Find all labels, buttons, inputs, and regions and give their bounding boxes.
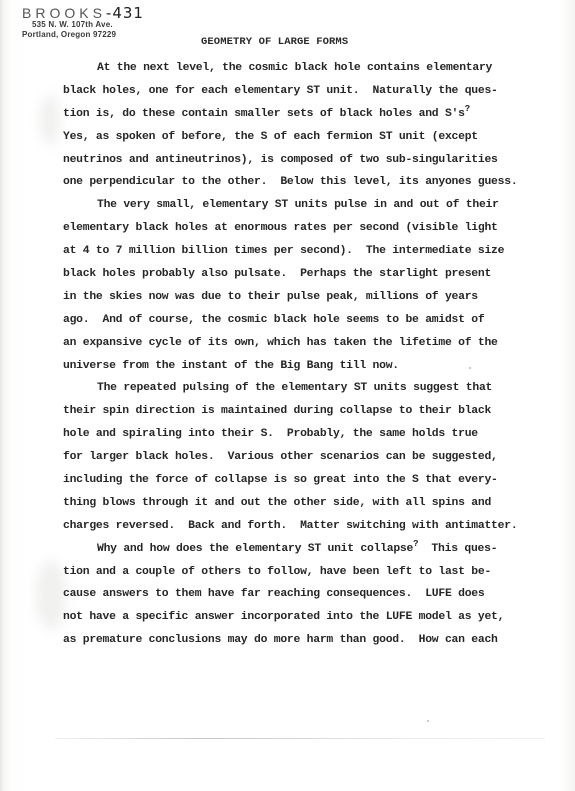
text-line-content: elementary black holes at enormous rates… bbox=[63, 222, 498, 234]
text-line: as premature conclusions may do more har… bbox=[63, 629, 533, 652]
text-line: elementary black holes at enormous rates… bbox=[63, 217, 533, 240]
text-line-content: Why and how does the elementary ST unit … bbox=[97, 543, 413, 555]
text-line: their spin direction is maintained durin… bbox=[63, 400, 533, 423]
text-line-content: Yes, as spoken of before, the S of each … bbox=[63, 131, 478, 143]
text-line-content: as premature conclusions may do more har… bbox=[63, 634, 498, 646]
text-line-content: thing blows through it and out the other… bbox=[63, 497, 491, 509]
text-line-content: The repeated pulsing of the elementary S… bbox=[97, 382, 492, 394]
text-line-content: in the skies now was due to their pulse … bbox=[63, 291, 478, 303]
document-title: GEOMETRY OF LARGE FORMS bbox=[201, 36, 348, 48]
text-line: in the skies now was due to their pulse … bbox=[63, 286, 533, 309]
stamp-name-line: BROOKS-431 bbox=[22, 6, 144, 20]
text-line-content: tion is, do these contain smaller sets o… bbox=[63, 108, 465, 120]
stamp-name: BROOKS bbox=[22, 5, 106, 21]
text-line: tion and a couple of others to follow, h… bbox=[63, 561, 533, 584]
paper-smudge bbox=[40, 95, 60, 145]
text-line: black holes probably also pulsate. Perha… bbox=[63, 263, 533, 286]
text-line-continuation: This ques- bbox=[418, 543, 497, 555]
text-line: tion is, do these contain smaller sets o… bbox=[63, 103, 533, 126]
document-body: At the next level, the cosmic black hole… bbox=[63, 57, 533, 652]
text-line-content: charges reversed. Back and forth. Matter… bbox=[63, 520, 517, 532]
text-line: ago. And of course, the cosmic black hol… bbox=[63, 309, 533, 332]
text-line: The repeated pulsing of the elementary S… bbox=[63, 377, 533, 400]
text-line: black holes, one for each elementary ST … bbox=[63, 80, 533, 103]
paper-smudge bbox=[36, 560, 66, 630]
text-line: one perpendicular to the other. Below th… bbox=[63, 171, 533, 194]
text-line-content: ago. And of course, the cosmic black hol… bbox=[63, 314, 484, 326]
text-line: Yes, as spoken of before, the S of each … bbox=[63, 126, 533, 149]
text-line-content: one perpendicular to the other. Below th… bbox=[63, 176, 517, 188]
text-line-content: black holes probably also pulsate. Perha… bbox=[63, 268, 491, 280]
text-line-content: tion and a couple of others to follow, h… bbox=[63, 566, 491, 578]
text-line: hole and spiraling into their S. Probabl… bbox=[63, 423, 533, 446]
text-line-content: their spin direction is maintained durin… bbox=[63, 405, 491, 417]
text-line-content: universe from the instant of the Big Ban… bbox=[63, 360, 399, 372]
text-line: neutrinos and antineutrinos), is compose… bbox=[63, 149, 533, 172]
text-line-content: neutrinos and antineutrinos), is compose… bbox=[63, 154, 498, 166]
text-line-content: not have a specific answer incorporated … bbox=[63, 611, 504, 623]
text-line-content: an expansive cycle of its own, which has… bbox=[63, 337, 498, 349]
text-line-content: for larger black holes. Various other sc… bbox=[63, 451, 498, 463]
text-line-content: cause answers to them have far reaching … bbox=[63, 588, 484, 600]
text-line: Why and how does the elementary ST unit … bbox=[63, 538, 533, 561]
text-line: universe from the instant of the Big Ban… bbox=[63, 355, 533, 378]
handwritten-question-mark: ? bbox=[465, 104, 470, 114]
text-line: thing blows through it and out the other… bbox=[63, 492, 533, 515]
text-line: including the force of collapse is so gr… bbox=[63, 469, 533, 492]
text-line: At the next level, the cosmic black hole… bbox=[63, 57, 533, 80]
text-line: charges reversed. Back and forth. Matter… bbox=[63, 515, 533, 538]
text-line-content: The very small, elementary ST units puls… bbox=[97, 199, 499, 211]
text-line-content: black holes, one for each elementary ST … bbox=[63, 85, 498, 97]
text-line: cause answers to them have far reaching … bbox=[63, 583, 533, 606]
handwritten-question-mark: ? bbox=[413, 539, 418, 549]
text-line: The very small, elementary ST units puls… bbox=[63, 194, 533, 217]
text-line: an expansive cycle of its own, which has… bbox=[63, 332, 533, 355]
document-page: BROOKS-431 535 N. W. 107th Ave. Portland… bbox=[0, 0, 575, 791]
paper-speck bbox=[469, 367, 471, 369]
text-line: for larger black holes. Various other sc… bbox=[63, 446, 533, 469]
stamp-address-line2: Portland, Oregon 97229 bbox=[22, 30, 144, 40]
paper-speck bbox=[427, 720, 429, 722]
author-stamp: BROOKS-431 535 N. W. 107th Ave. Portland… bbox=[22, 6, 144, 40]
page-bottom-rule bbox=[55, 738, 545, 739]
text-line: at 4 to 7 million billion times per seco… bbox=[63, 240, 533, 263]
text-line-content: hole and spiraling into their S. Probabl… bbox=[63, 428, 478, 440]
text-line-content: at 4 to 7 million billion times per seco… bbox=[63, 245, 504, 257]
text-line-content: At the next level, the cosmic black hole… bbox=[97, 62, 492, 74]
text-line: not have a specific answer incorporated … bbox=[63, 606, 533, 629]
text-line-content: including the force of collapse is so gr… bbox=[63, 474, 498, 486]
